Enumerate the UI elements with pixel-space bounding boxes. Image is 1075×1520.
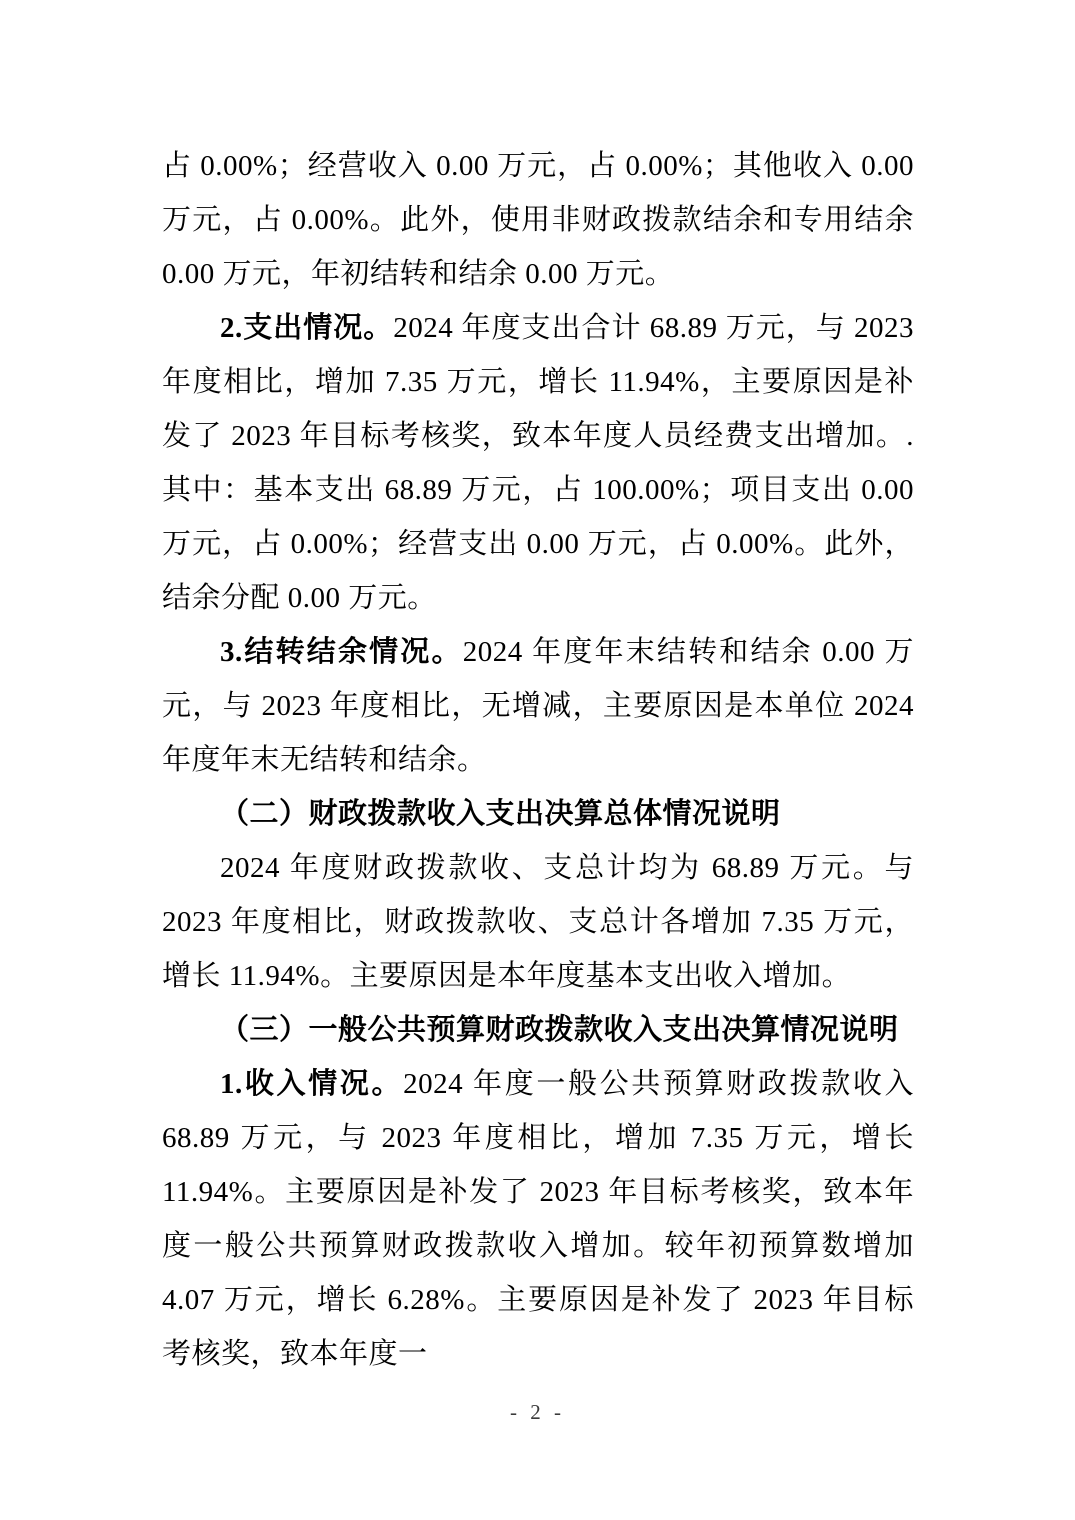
para-carryover-balance-situation: 3.结转结余情况。2024 年度年末结转和结余 0.00 万元，与 2023 年… (162, 625, 914, 787)
para-expenditure-situation: 2.支出情况。2024 年度支出合计 68.89 万元，与 2023 年度相比，… (162, 301, 914, 625)
para-fiscal-appropriation-total: 2024 年度财政拨款收、支总计均为 68.89 万元。与 2023 年度相比，… (162, 841, 914, 1003)
document-page: 占 0.00%；经营收入 0.00 万元，占 0.00%；其他收入 0.00 万… (0, 0, 1075, 1520)
para-general-budget-income-situation: 1.收入情况。2024 年度一般公共预算财政拨款收入 68.89 万元，与 20… (162, 1057, 914, 1381)
heading-section-3-general-public-budget: （三）一般公共预算财政拨款收入支出决算情况说明 (162, 1003, 914, 1057)
text-run: 占 0.00%；经营收入 0.00 万元，占 0.00%；其他收入 0.00 万… (162, 150, 914, 290)
bold-text-run: 1.收入情况。 (220, 1068, 403, 1100)
para-income-detail-continuation: 占 0.00%；经营收入 0.00 万元，占 0.00%；其他收入 0.00 万… (162, 139, 914, 301)
bold-text-run: （三）一般公共预算财政拨款收入支出决算情况说明 (220, 1014, 899, 1046)
heading-section-2-fiscal-appropriation-overview: （二）财政拨款收入支出决算总体情况说明 (162, 787, 914, 841)
text-body: 占 0.00%；经营收入 0.00 万元，占 0.00%；其他收入 0.00 万… (162, 139, 914, 1381)
text-run: 2024 年度一般公共预算财政拨款收入 68.89 万元，与 2023 年度相比… (162, 1068, 914, 1370)
text-run: 2024 年度支出合计 68.89 万元，与 2023 年度相比，增加 7.35… (162, 312, 914, 614)
bold-text-run: （二）财政拨款收入支出决算总体情况说明 (220, 798, 781, 830)
bold-text-run: 3.结转结余情况。 (220, 636, 463, 668)
text-run: 2024 年度财政拨款收、支总计均为 68.89 万元。与 2023 年度相比，… (162, 852, 914, 992)
bold-text-run: 2.支出情况。 (220, 312, 393, 344)
page-number: - 2 - (0, 1400, 1075, 1425)
